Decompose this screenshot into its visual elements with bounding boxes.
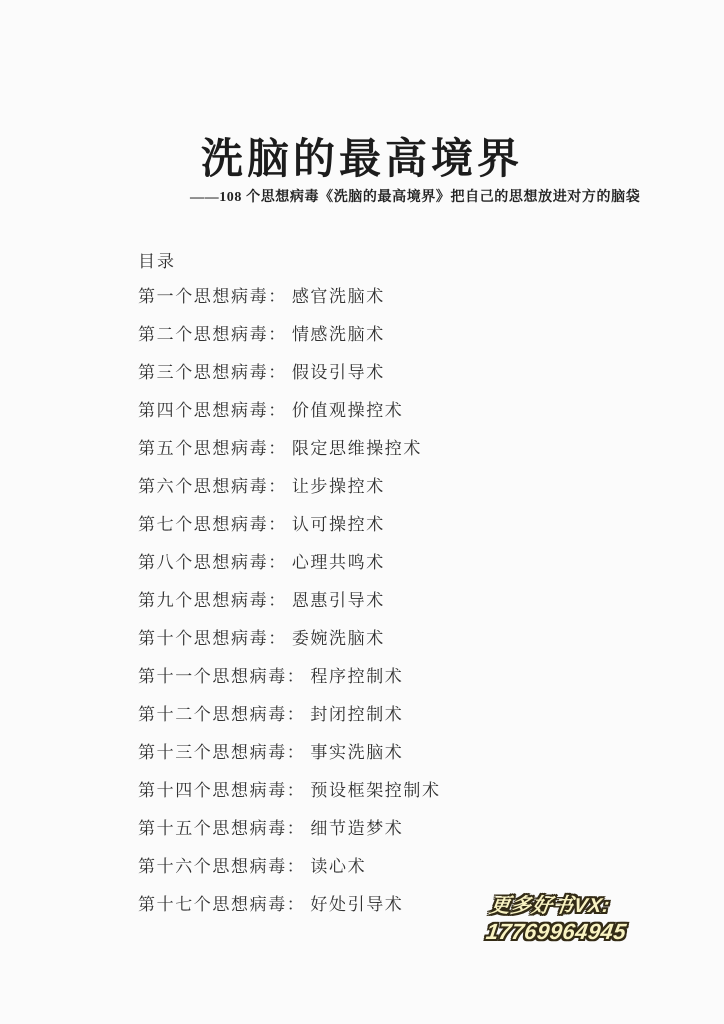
toc-item-label: 第十二个思想病毒： [138,705,305,724]
watermark-phone: 17769964945 [484,919,628,945]
toc-item-label: 第八个思想病毒： [138,553,287,572]
toc-item: 第十个思想病毒：委婉洗脑术 [138,620,441,658]
toc-item-title: 认可操控术 [292,515,385,534]
toc-item-label: 第十四个思想病毒： [138,781,305,800]
toc-item-title: 读心术 [310,857,366,876]
toc-item: 第六个思想病毒：让步操控术 [138,468,441,506]
toc-item-title: 好处引导术 [310,895,403,914]
toc-item: 第一个思想病毒：感官洗脑术 [138,278,441,316]
toc-item: 第七个思想病毒：认可操控术 [138,506,441,544]
toc-item-label: 第九个思想病毒： [138,591,287,610]
toc-item-label: 第十六个思想病毒： [138,857,305,876]
toc-item: 第三个思想病毒：假设引导术 [138,354,441,392]
page-subtitle: ——108 个思想病毒《洗脑的最高境界》把自己的思想放进对方的脑袋 [190,186,640,206]
toc-item-label: 第十个思想病毒： [138,629,287,648]
toc-item-label: 第三个思想病毒： [138,363,287,382]
toc-item-label: 第一个思想病毒： [138,287,287,306]
page-title: 洗脑的最高境界 [0,126,724,186]
toc-item-label: 第二个思想病毒： [138,325,287,344]
toc-item: 第十七个思想病毒：好处引导术 [138,886,441,924]
toc-item-title: 感官洗脑术 [292,287,385,306]
toc-item: 第四个思想病毒：价值观操控术 [138,392,441,430]
toc-item-title: 程序控制术 [310,667,403,686]
toc-item: 第十六个思想病毒：读心术 [138,848,441,886]
toc-item-label: 第十一个思想病毒： [138,667,305,686]
toc-item-title: 让步操控术 [292,477,385,496]
toc-item-title: 细节造梦术 [310,819,403,838]
toc-item-label: 第七个思想病毒： [138,515,287,534]
toc-item-title: 委婉洗脑术 [292,629,385,648]
document-page: 洗脑的最高境界 ——108 个思想病毒《洗脑的最高境界》把自己的思想放进对方的脑… [0,0,724,1024]
toc-item-title: 事实洗脑术 [310,743,403,762]
toc-item-label: 第十七个思想病毒： [138,895,305,914]
toc-list: 第一个思想病毒：感官洗脑术 第二个思想病毒：情感洗脑术 第三个思想病毒：假设引导… [138,278,441,924]
toc-item: 第十四个思想病毒：预设框架控制术 [138,772,441,810]
toc-heading: 目录 [138,247,176,272]
toc-item-label: 第六个思想病毒： [138,477,287,496]
watermark: 更多好书VX: 17769964945 [484,893,631,945]
watermark-text: 更多好书VX: [488,893,632,919]
toc-item: 第十二个思想病毒：封闭控制术 [138,696,441,734]
toc-item: 第二个思想病毒：情感洗脑术 [138,316,441,354]
toc-item-title: 恩惠引导术 [292,591,385,610]
toc-item-title: 限定思维操控术 [292,439,422,458]
toc-item-label: 第四个思想病毒： [138,401,287,420]
toc-item: 第五个思想病毒：限定思维操控术 [138,430,441,468]
toc-item-title: 情感洗脑术 [292,325,385,344]
toc-item: 第八个思想病毒：心理共鸣术 [138,544,441,582]
toc-item: 第十三个思想病毒：事实洗脑术 [138,734,441,772]
toc-item-title: 预设框架控制术 [310,781,440,800]
toc-item-title: 封闭控制术 [310,705,403,724]
toc-item: 第十一个思想病毒：程序控制术 [138,658,441,696]
toc-item-label: 第十三个思想病毒： [138,743,305,762]
toc-item: 第九个思想病毒：恩惠引导术 [138,582,441,620]
toc-item-label: 第十五个思想病毒： [138,819,305,838]
toc-item: 第十五个思想病毒：细节造梦术 [138,810,441,848]
toc-item-title: 假设引导术 [292,363,385,382]
toc-item-title: 价值观操控术 [292,401,404,420]
toc-item-title: 心理共鸣术 [292,553,385,572]
toc-item-label: 第五个思想病毒： [138,439,287,458]
